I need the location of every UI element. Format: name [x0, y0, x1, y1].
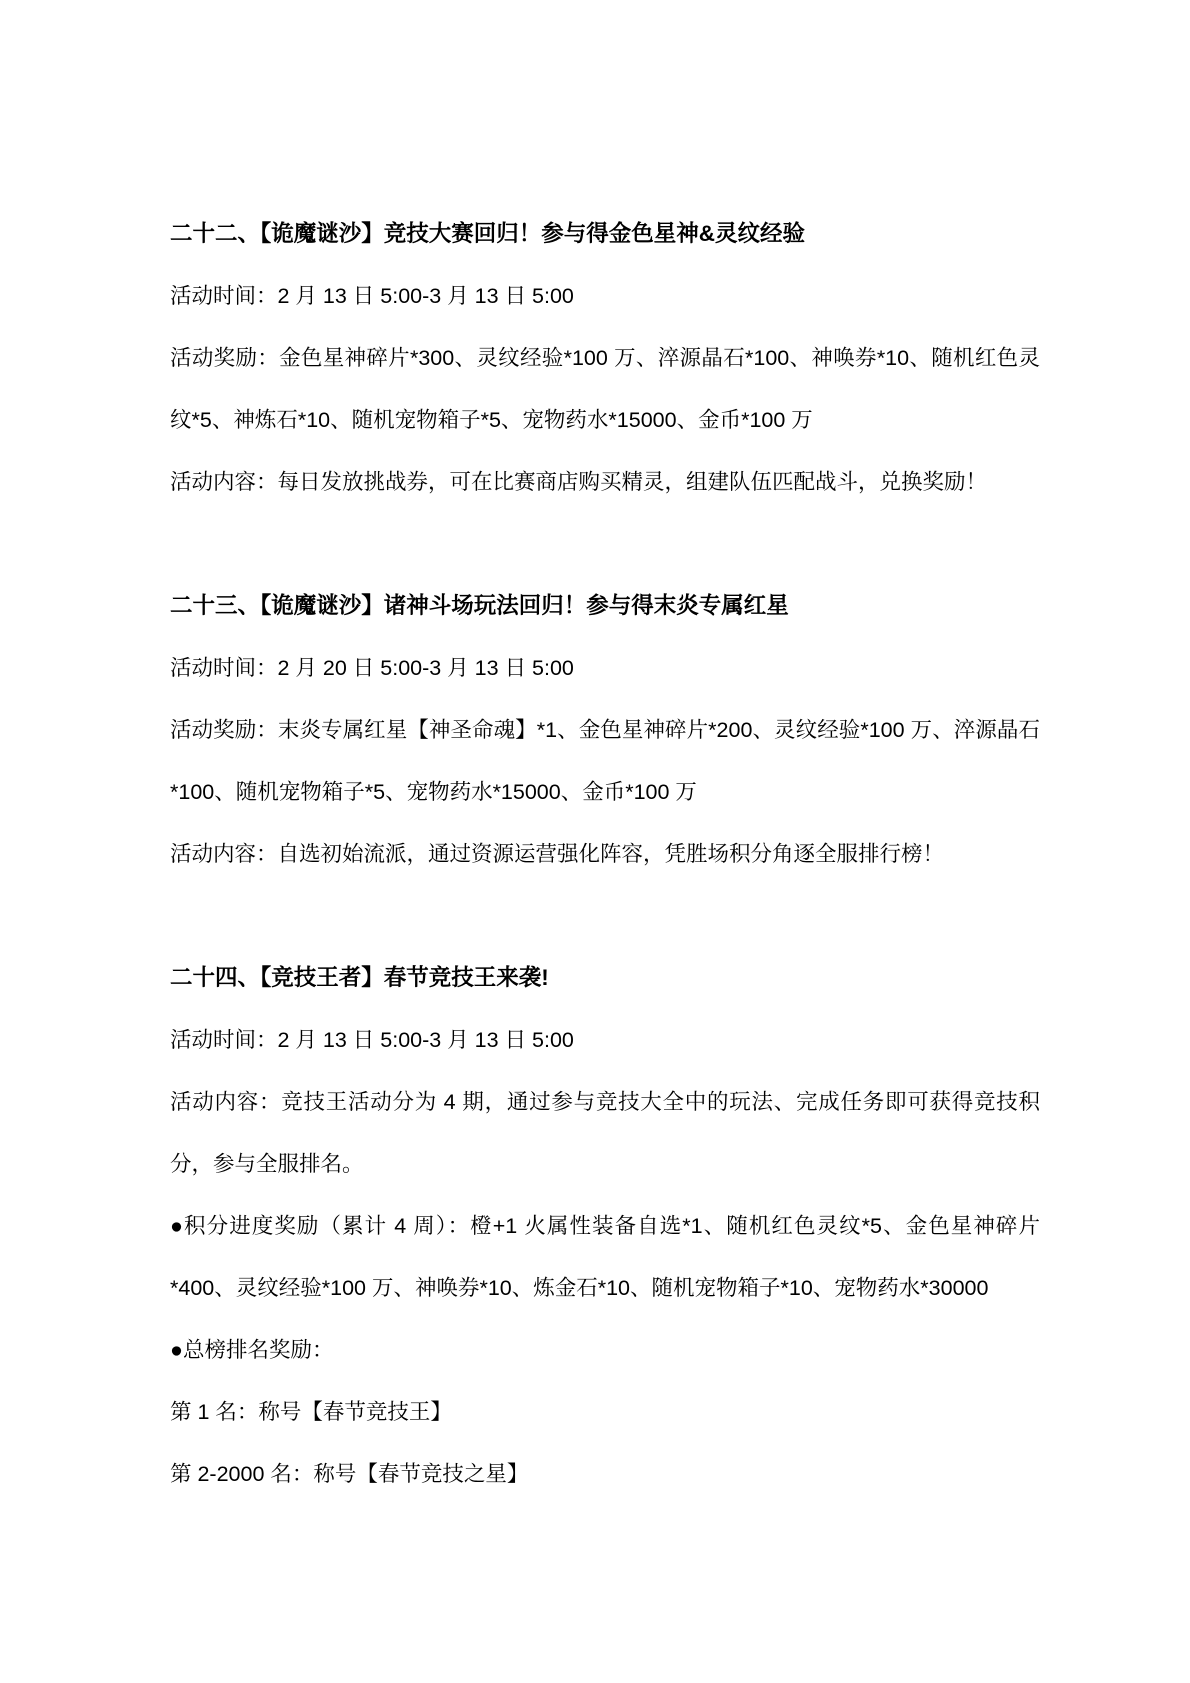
- document-page: 二十二、【诡魔谜沙】竞技大赛回归！参与得金色星神&灵纹经验 活动时间：2 月 1…: [0, 0, 1190, 1683]
- event-section: 二十二、【诡魔谜沙】竞技大赛回归！参与得金色星神&灵纹经验 活动时间：2 月 1…: [170, 203, 1040, 513]
- paragraph: 第 1 名：称号【春节竞技王】: [170, 1381, 1040, 1443]
- paragraph: 第 2-2000 名：称号【春节竞技之星】: [170, 1443, 1040, 1505]
- paragraph: 活动时间：2 月 13 日 5:00-3 月 13 日 5:00: [170, 1009, 1040, 1071]
- paragraph: 活动内容：竞技王活动分为 4 期，通过参与竞技大全中的玩法、完成任务即可获得竞技…: [170, 1071, 1040, 1195]
- paragraph: 活动时间：2 月 13 日 5:00-3 月 13 日 5:00: [170, 265, 1040, 327]
- section-heading: 二十三、【诡魔谜沙】诸神斗场玩法回归！参与得末炎专属红星: [170, 575, 1040, 637]
- bullet-paragraph: ●积分进度奖励（累计 4 周）：橙+1 火属性装备自选*1、随机红色灵纹*5、金…: [170, 1195, 1040, 1319]
- paragraph: 活动奖励：金色星神碎片*300、灵纹经验*100 万、淬源晶石*100、神唤券*…: [170, 327, 1040, 451]
- paragraph: 活动内容：每日发放挑战券，可在比赛商店购买精灵，组建队伍匹配战斗，兑换奖励！: [170, 451, 1040, 513]
- paragraph: 活动时间：2 月 20 日 5:00-3 月 13 日 5:00: [170, 637, 1040, 699]
- event-section: 二十三、【诡魔谜沙】诸神斗场玩法回归！参与得末炎专属红星 活动时间：2 月 20…: [170, 575, 1040, 885]
- bullet-paragraph: ●总榜排名奖励：: [170, 1319, 1040, 1381]
- paragraph: 活动内容：自选初始流派，通过资源运营强化阵容，凭胜场积分角逐全服排行榜！: [170, 823, 1040, 885]
- event-section: 二十四、【竞技王者】春节竞技王来袭! 活动时间：2 月 13 日 5:00-3 …: [170, 947, 1040, 1505]
- paragraph: 活动奖励：末炎专属红星【神圣命魂】*1、金色星神碎片*200、灵纹经验*100 …: [170, 699, 1040, 823]
- document-body: 二十二、【诡魔谜沙】竞技大赛回归！参与得金色星神&灵纹经验 活动时间：2 月 1…: [170, 203, 1040, 1505]
- section-heading: 二十四、【竞技王者】春节竞技王来袭!: [170, 947, 1040, 1009]
- section-heading: 二十二、【诡魔谜沙】竞技大赛回归！参与得金色星神&灵纹经验: [170, 203, 1040, 265]
